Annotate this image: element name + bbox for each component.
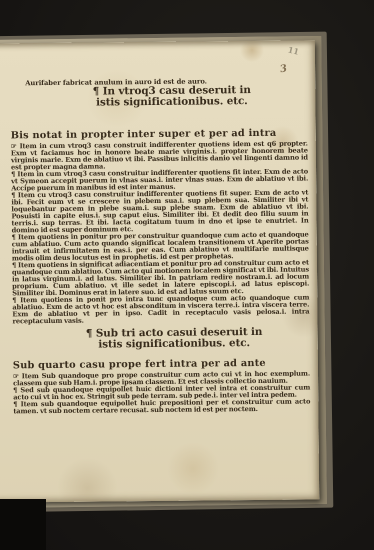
paragraph: ☞ Item in cum vtroq3 casu construit indi… <box>11 140 308 171</box>
rubric-2-line-2: istis significationibus. etc. <box>42 338 307 352</box>
paragraph: ¶ Item quotiens in ponit pro intra tunc … <box>12 294 309 325</box>
paragraph: ¶ Item sub quandoque equipollet huic pre… <box>13 398 310 415</box>
manuscript-page: 11 3 Aurifaber fabricat anulum in auro i… <box>0 40 319 502</box>
paragraph: ¶ Item quotiens in significat adiacentia… <box>12 259 309 297</box>
paragraph: ¶ Item cu vtroq3 casu construitur indiff… <box>11 189 308 234</box>
page-bottom-shadow <box>0 499 46 550</box>
section-1-body: ☞ Item in cum vtroq3 casu construit indi… <box>11 140 310 325</box>
section-2-body: ☞ Item Sub quandoque pro prope construit… <box>13 370 310 415</box>
photograph-background: 11 3 Aurifaber fabricat anulum in auro i… <box>0 0 374 550</box>
rubric-colophon-1: ¶ In vtroq3 casu deseruit in istis signi… <box>39 85 304 110</box>
rubric-colophon-2: ¶ Sub tri acto casui deseruit in istis s… <box>42 327 307 352</box>
corner-pencil-annotation: 11 <box>287 44 300 56</box>
rubric-1-line-2: istis significationibus. etc. <box>39 96 304 110</box>
paragraph: ¶ Item quotiens in ponitur pro per const… <box>12 231 309 262</box>
corner-ink-annotation: 3 <box>279 63 288 75</box>
